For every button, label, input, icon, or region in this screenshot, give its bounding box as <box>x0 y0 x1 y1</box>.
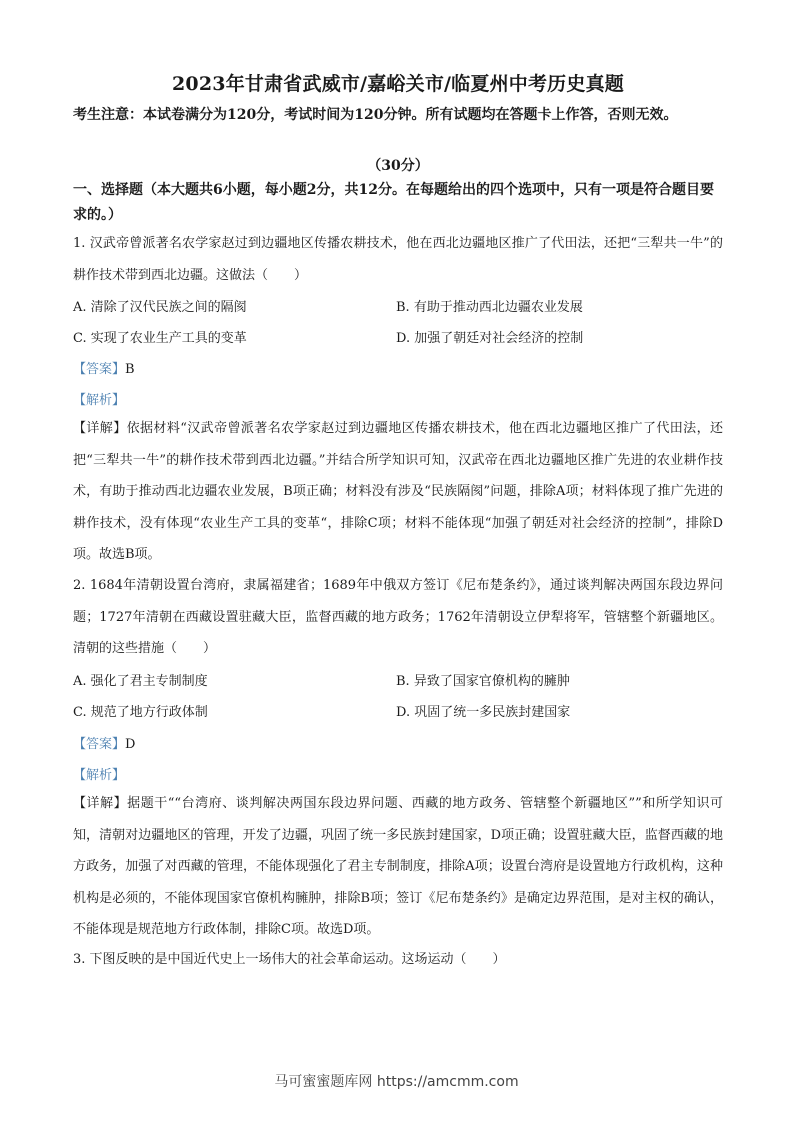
question-1-answer: 【答案】B <box>73 358 135 377</box>
answer-value: B <box>125 362 135 377</box>
question-1-stem: 1. 汉武帝曾派著名农学家赵过到边疆地区传播农耕技术，他在西北边疆地区推广了代田… <box>73 228 723 291</box>
question-2-option-a: A. 强化了君主专制制度 <box>73 670 208 689</box>
answer-label: 【答案】 <box>73 362 125 377</box>
question-2-option-c: C. 规范了地方行政体制 <box>73 701 208 720</box>
section-score: （30分） <box>73 155 723 175</box>
section-heading: 一、选择题（本大题共6小题，每小题2分，共12分。在每题给出的四个选项中，只有一… <box>73 178 723 228</box>
question-1-detail: 【详解】依据材料“汉武帝曾派著名农学家赵过到边疆地区传播农耕技术，他在西北边疆地… <box>73 413 723 571</box>
question-1-analysis-label: 【解析】 <box>73 389 125 408</box>
question-2-answer: 【答案】D <box>73 733 135 752</box>
question-2-detail: 【详解】据题干““台湾府、谈判解决两国东段边界问题、西藏的地方政务、管辖整个新疆… <box>73 788 723 946</box>
question-2-stem: 2. 1684年清朝设置台湾府，隶属福建省；1689年中俄双方签订《尼布楚条约》… <box>73 570 723 665</box>
answer-value: D <box>125 737 135 752</box>
exam-notice: 考生注意：本试卷满分为120分，考试时间为120分钟。所有试题均在答题卡上作答，… <box>73 102 723 128</box>
answer-label: 【答案】 <box>73 737 125 752</box>
question-1-option-c: C. 实现了农业生产工具的变革 <box>73 327 247 346</box>
page-title: 2023年甘肃省武威市/嘉峪关市/临夏州中考历史真题 <box>73 69 723 96</box>
question-2-option-b: B. 异致了国家官僚机构的臃肿 <box>396 670 570 689</box>
question-2-analysis-label: 【解析】 <box>73 764 125 783</box>
footer-watermark: 马可蜜蜜题库网 https://amcmm.com <box>0 1071 793 1091</box>
question-1-option-a: A. 清除了汉代民族之间的隔阂 <box>73 296 247 315</box>
question-1-option-d: D. 加强了朝廷对社会经济的控制 <box>396 327 583 346</box>
question-3-stem: 3. 下图反映的是中国近代史上一场伟大的社会革命运动。这场运动（ ） <box>73 944 723 976</box>
question-1-option-b: B. 有助于推动西北边疆农业发展 <box>396 296 583 315</box>
question-2-option-d: D. 巩固了统一多民族封建国家 <box>396 701 570 720</box>
